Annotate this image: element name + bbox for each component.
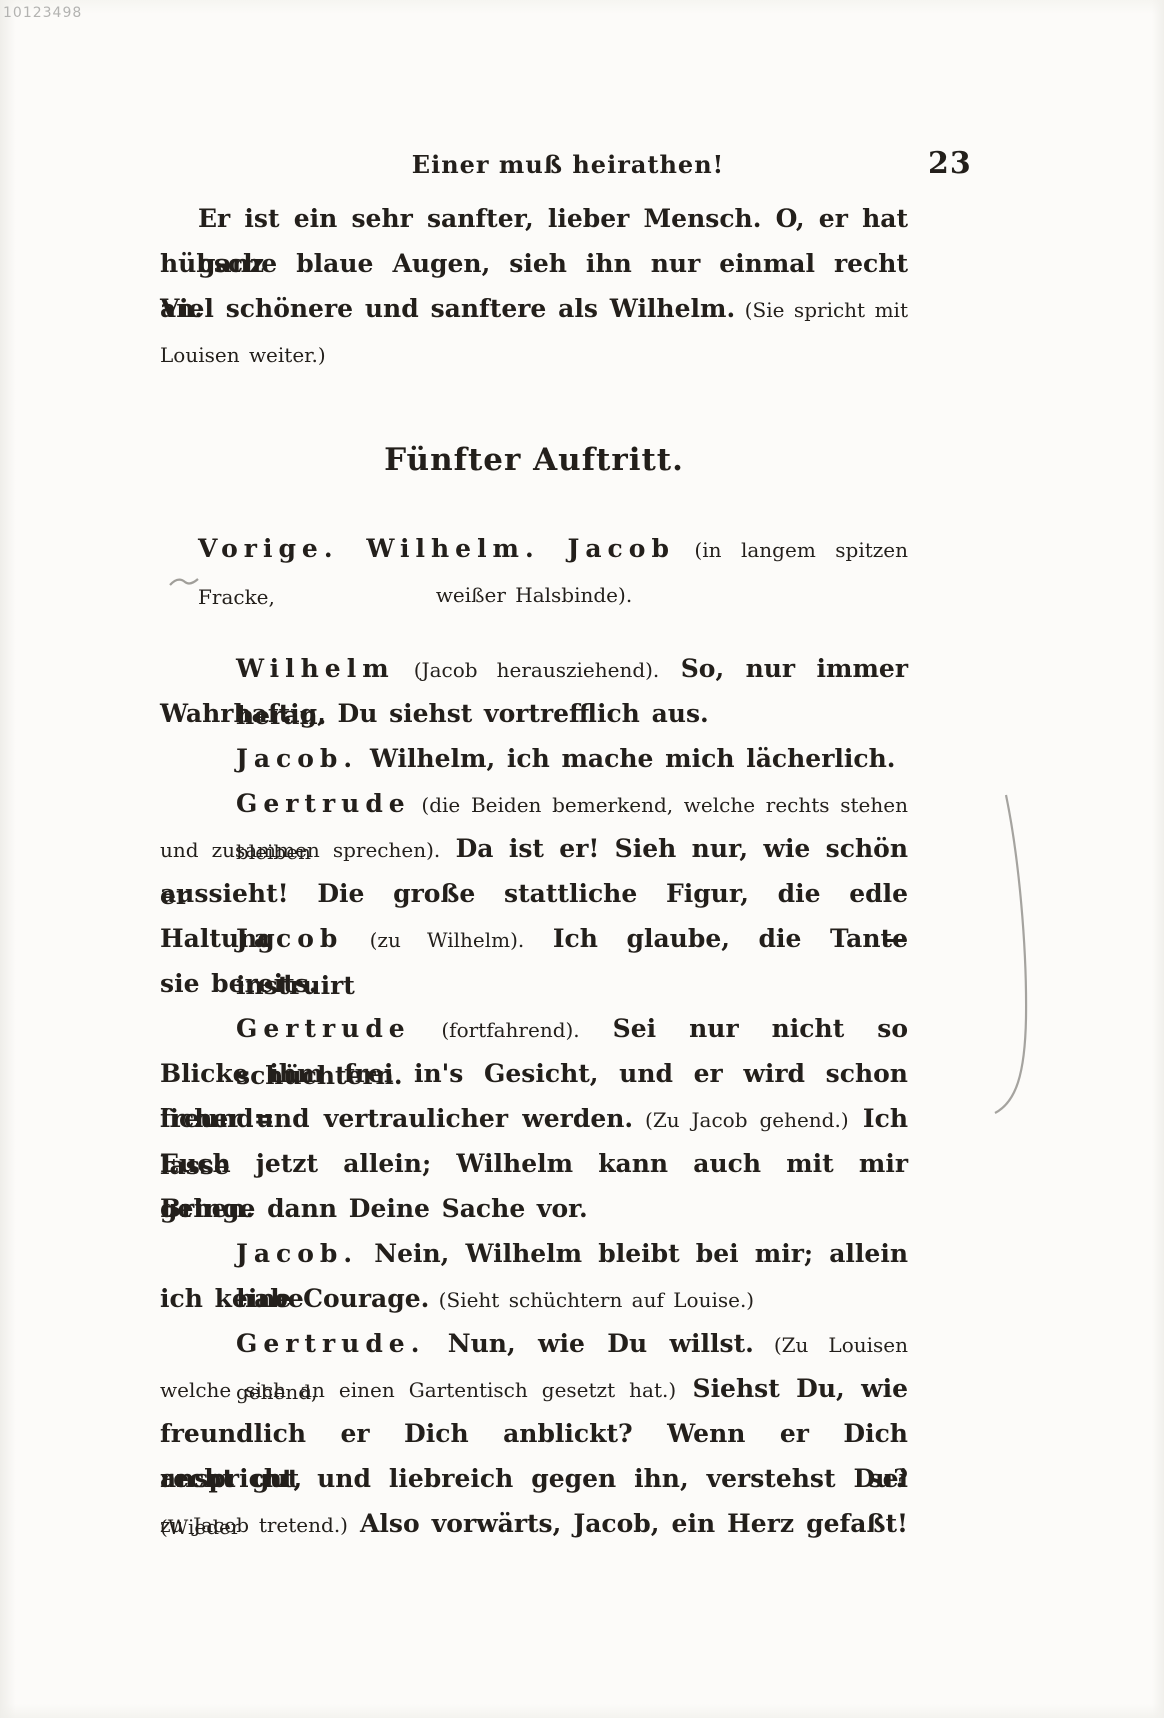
text-line: aussieht! Die große stattliche Figur, di… [160, 871, 908, 916]
text-line: Er ist ein sehr sanfter, lieber Mensch. … [160, 196, 908, 241]
text-line: zu Jacob tretend.) Also vorwärts, Jacob,… [160, 1501, 908, 1546]
text-run: (fortfahrend). [411, 1018, 580, 1042]
text-run: Louisen weiter.) [160, 343, 326, 367]
text-line: Blicke ihm frei in's Gesicht, und er wir… [160, 1051, 908, 1096]
text-line: Jacob. Wilhelm, ich mache mich lächerlic… [160, 736, 908, 781]
text-line: Jacob. Nein, Wilhelm bleibt bei mir; all… [160, 1231, 908, 1276]
text-run: Gertrude [236, 1014, 411, 1043]
text-run: Gertrude [236, 789, 411, 818]
page-text: Er ist ein sehr sanfter, lieber Mensch. … [160, 196, 908, 1546]
text-run: Also vorwärts, Jacob, ein Herz gefaßt! [348, 1509, 908, 1538]
text-run: ich keine Courage. [160, 1284, 429, 1313]
text-run: (zu Wilhelm). [343, 928, 524, 952]
text-run: (Sie spricht mit [735, 298, 908, 322]
text-run: Jacob. [236, 1239, 358, 1268]
text-run: (Sieht schüchtern auf Louise.) [429, 1288, 754, 1312]
text-line: Gertrude (die Beiden bemerkend, welche r… [160, 781, 908, 826]
text-run: (Jacob herausziehend). [395, 658, 660, 682]
text-run: sie bereits. [160, 969, 317, 998]
text-line: Viel schönere und sanftere als Wilhelm. … [160, 286, 908, 331]
text-line: recht gut und liebreich gegen ihn, verst… [160, 1456, 908, 1501]
text-run: licher und vertraulicher werden. [160, 1104, 633, 1133]
text-run: weißer Halsbinde). [436, 583, 632, 607]
text-run: Fünfter Auftritt. [384, 442, 684, 478]
pencil-margin-bracket [995, 795, 1026, 1113]
text-line: Jacob (zu Wilhelm). Ich glaube, die Tant… [160, 916, 908, 961]
text-run: Viel schönere und sanftere als Wilhelm. [160, 294, 735, 323]
text-line: Gertrude (fortfahrend). Sei nur nicht so… [160, 1006, 908, 1051]
text-run: Jacob. [236, 744, 358, 773]
text-line: Wahrhaftig, Du siehst vortrefflich aus. [160, 691, 908, 736]
text-run: Nun, wie Du willst. [425, 1329, 753, 1358]
scene-heading: Fünfter Auftritt. [160, 434, 908, 486]
text-line: hübsche blaue Augen, sieh ihn nur einmal… [160, 241, 908, 286]
text-line: welche sich an einen Gartentisch gesetzt… [160, 1366, 908, 1411]
text-line: Gertrude. Nun, wie Du willst. (Zu Louise… [160, 1321, 908, 1366]
text-line: Bringe dann Deine Sache vor. [160, 1186, 908, 1231]
text-run: Vorige. Wilhelm. Jacob [198, 534, 675, 563]
text-run: Jacob [236, 924, 343, 953]
text-run: (Zu Jacob gehend.) [633, 1108, 849, 1132]
text-run: welche sich an einen Gartentisch gesetzt… [160, 1378, 676, 1402]
text-line: ich keine Courage. (Sieht schüchtern auf… [160, 1276, 908, 1321]
text-run: zu Jacob tretend.) [160, 1513, 348, 1537]
page-number: 23 [928, 146, 972, 181]
running-title: Einer muß heirathen! [0, 150, 1150, 179]
text-line: Vorige. Wilhelm. Jacob (in langem spitze… [160, 526, 908, 571]
text-run: Bringe dann Deine Sache vor. [160, 1194, 588, 1223]
scanned-book-page: 10123498 Einer muß heirathen! 23 Er ist … [0, 0, 1164, 1718]
text-line: Louisen weiter.) [160, 331, 908, 376]
text-line: freundlich er Dich anblickt? Wenn er Dic… [160, 1411, 908, 1456]
text-run: Gertrude. [236, 1329, 425, 1358]
text-line: licher und vertraulicher werden. (Zu Jac… [160, 1096, 908, 1141]
text-run: Siehst Du, wie [676, 1374, 908, 1403]
scan-watermark-number: 10123498 [3, 5, 82, 21]
text-run: Wilhelm, ich mache mich lächerlich. [358, 744, 895, 773]
text-line: Wilhelm (Jacob herausziehend). So, nur i… [160, 646, 908, 691]
text-run: recht gut und liebreich gegen ihn, verst… [160, 1464, 908, 1493]
text-run: Wahrhaftig, Du siehst vortrefflich aus. [160, 699, 709, 728]
text-line: und zusammen sprechen). Da ist er! Sieh … [160, 826, 908, 871]
text-run: Wilhelm [236, 654, 395, 683]
text-run: und zusammen sprechen). [160, 838, 440, 862]
text-line: Euch jetzt allein; Wilhelm kann auch mit… [160, 1141, 908, 1186]
text-line: sie bereits. [160, 961, 908, 1006]
